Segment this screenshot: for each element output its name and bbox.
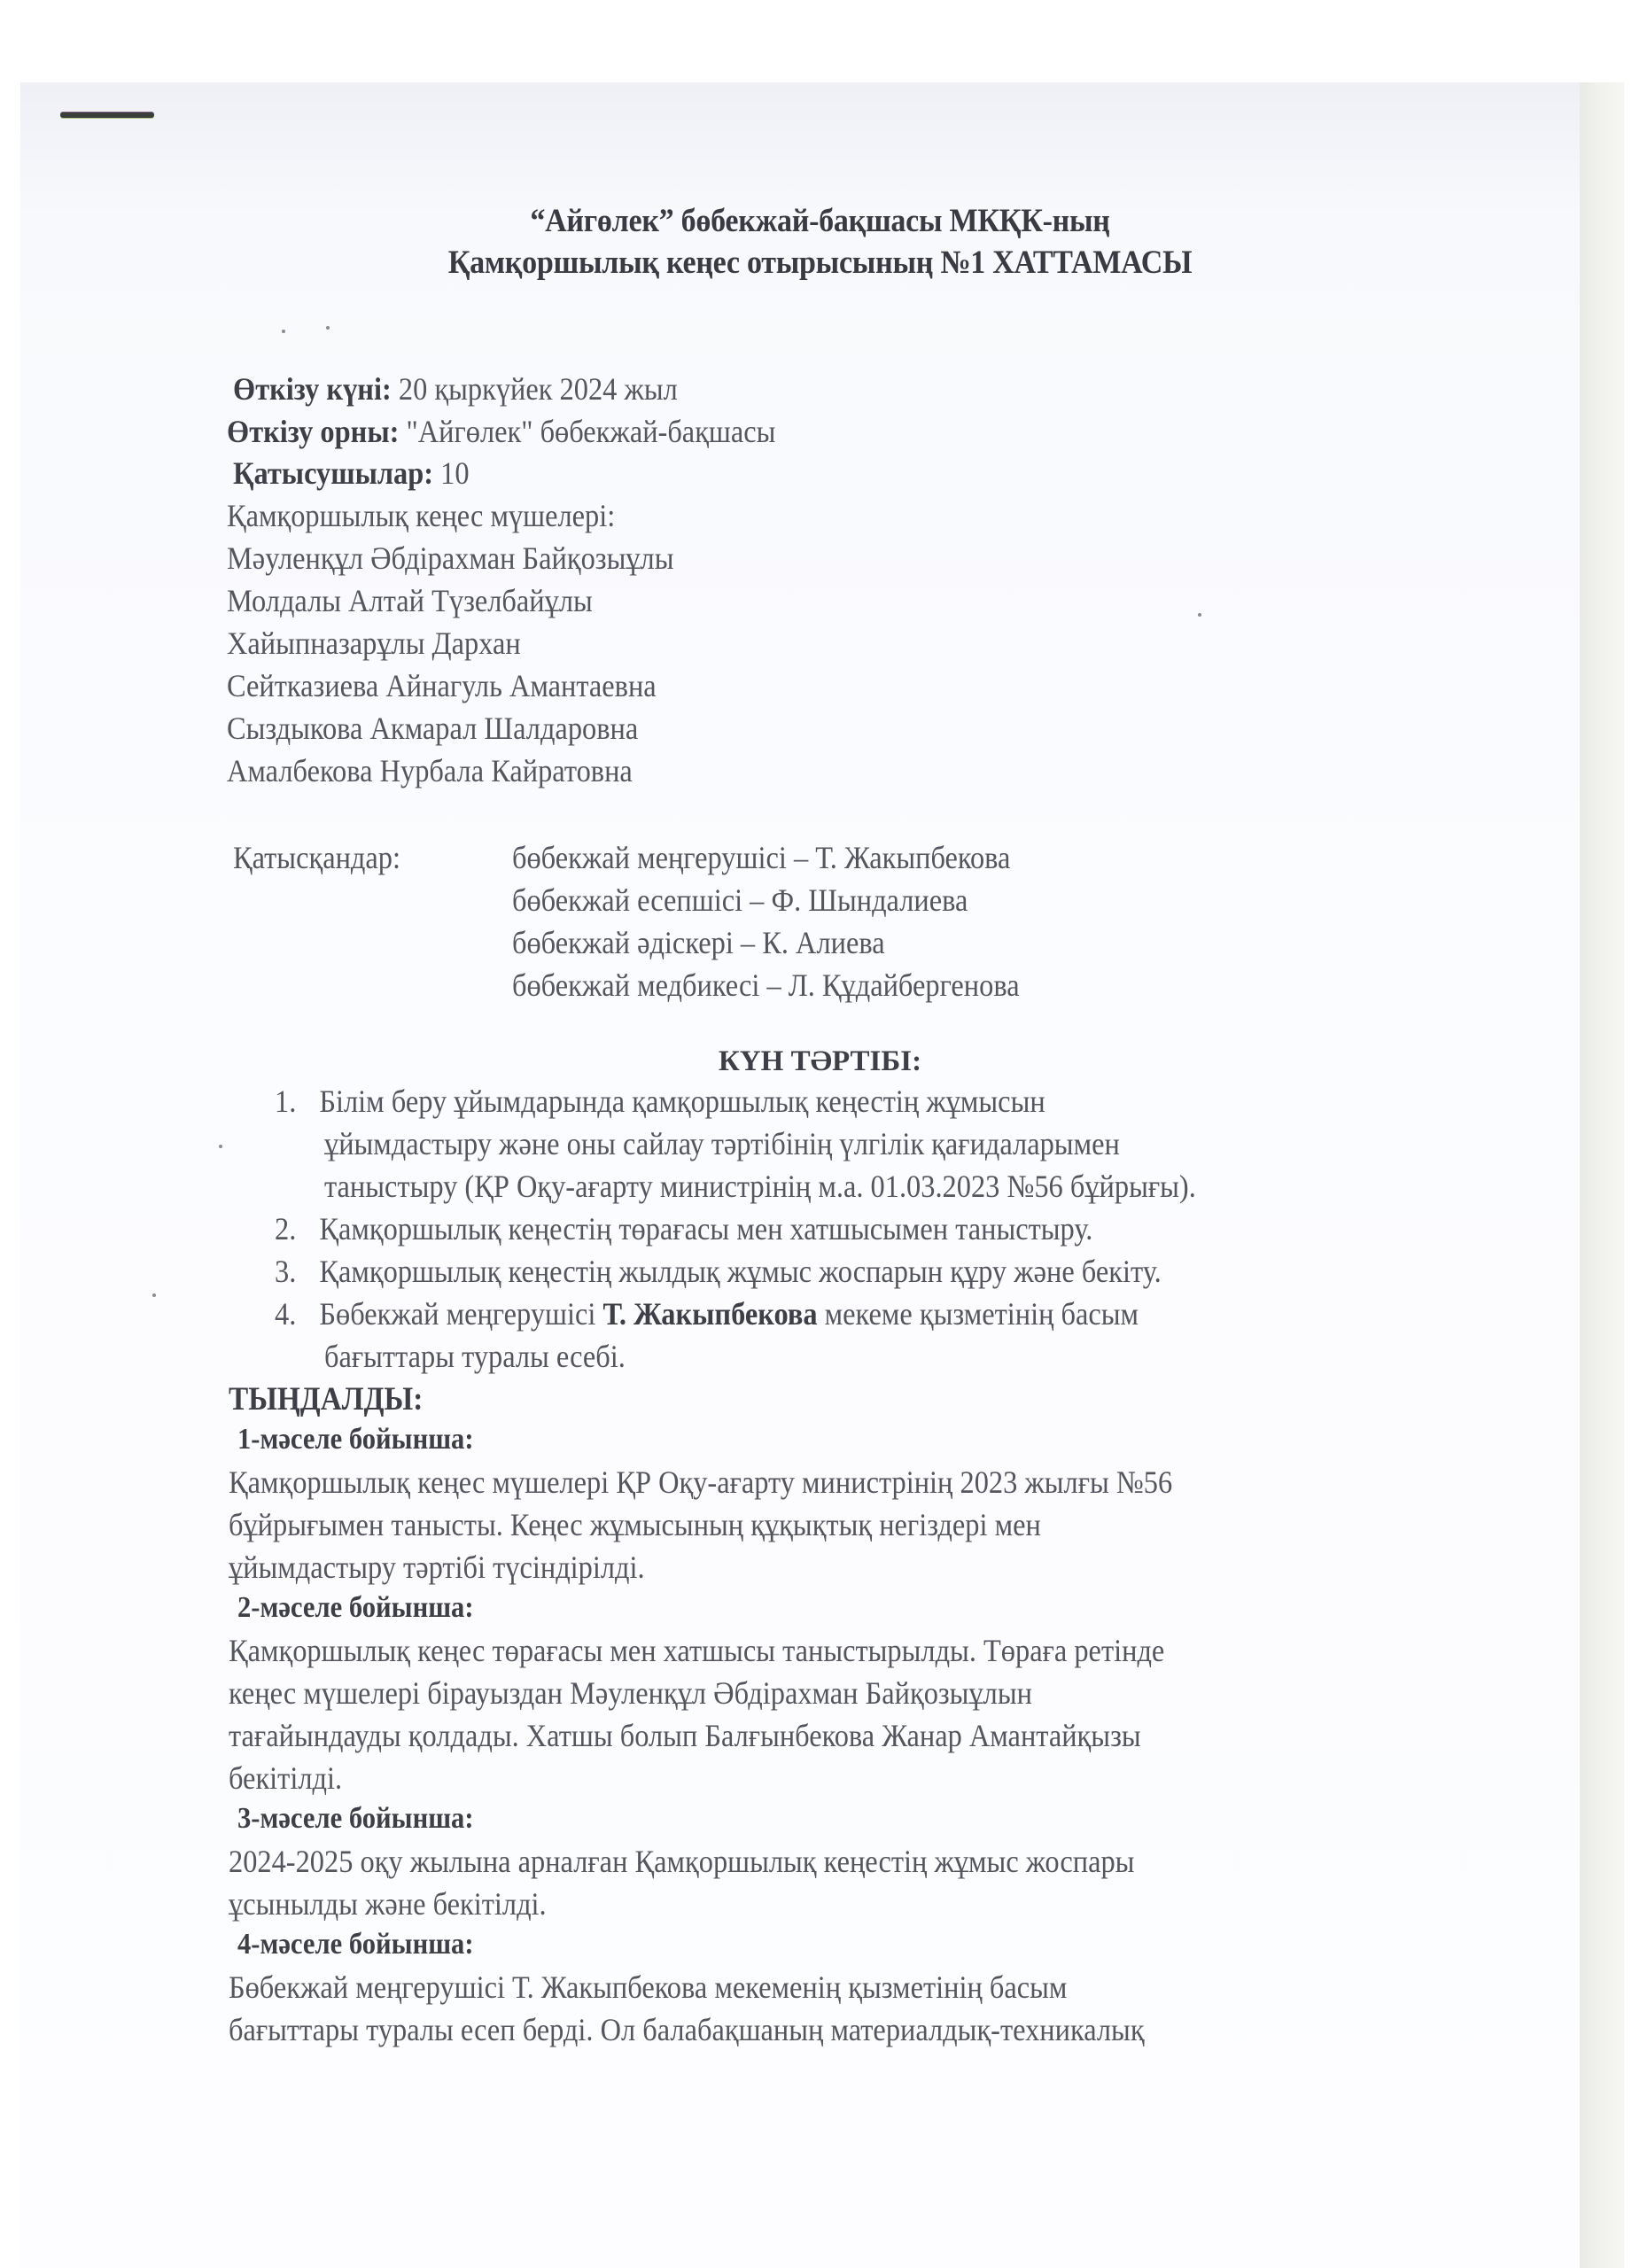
scan-speck (219, 1145, 222, 1148)
attendee-item: бөбекжай меңгерушісі – Т. Жакыпбекова (512, 839, 1010, 876)
document-title-line-2: Қамқоршылық кеңес отырысының №1 ХАТТАМАС… (66, 244, 1574, 282)
issue-4-heading: 4-мәселе бойынша: (237, 1928, 474, 1961)
meeting-date: Өткізу күні: 20 қыркүйек 2024 жыл (233, 370, 678, 408)
agenda-item-3: 3.Қамқоршылық кеңестің жылдық жұмыс жосп… (275, 1253, 1162, 1290)
scan-speck (326, 326, 330, 330)
issue-1-text: Қамқоршылық кеңес мүшелері ҚР Оқу-ағарту… (229, 1464, 1172, 1501)
place-label: Өткізу орны: (227, 414, 399, 449)
participants-label: Қатысушылар: (233, 455, 433, 491)
members-heading: Қамқоршылық кеңес мүшелері: (227, 497, 615, 534)
issue-2-text: бекітілді. (229, 1759, 342, 1797)
attendee-item: бөбекжай әдіскері – К. Алиева (512, 924, 885, 961)
director-name-bold: Т. Жакыпбекова (602, 1296, 817, 1332)
agenda-item-1-cont: ұйымдастыру және оны сайлау тәртібінің ү… (324, 1125, 1120, 1162)
member-name: Амалбекова Нурбала Кайратовна (227, 752, 633, 789)
agenda-title: КҮН ТӘРТІБІ: (0, 1045, 1640, 1078)
member-name: Мәуленқұл Әбдірахман Байқозыұлы (227, 540, 673, 577)
agenda-item-2: 2.Қамқоршылық кеңестің төрағасы мен хатш… (275, 1210, 1092, 1247)
agenda-number: 1. (275, 1083, 319, 1120)
issue-2-text: кеңес мүшелері бірауыздан Мәуленқұл Әбді… (229, 1674, 1032, 1712)
agenda-number: 3. (275, 1253, 319, 1290)
participants-count: Қатысушылар: 10 (233, 454, 470, 492)
date-value: 20 қыркүйек 2024 жыл (392, 371, 678, 407)
issue-1-text: ұйымдастыру тәртібі түсіндірілді. (229, 1549, 645, 1586)
issue-3-text: 2024-2025 оқу жылына арналған Қамқоршылы… (229, 1843, 1134, 1880)
place-value: "Айгөлек" бөбекжай-бақшасы (399, 414, 775, 449)
issue-3-text: ұсынылды және бекітілді. (229, 1885, 547, 1922)
issue-4-text: бағыттары туралы есеп берді. Ол балабақш… (229, 2011, 1145, 2048)
date-label: Өткізу күні: (233, 371, 392, 407)
agenda-item-4: 4.Бөбекжай меңгерушісі Т. Жакыпбекова ме… (275, 1295, 1139, 1332)
scan-speck (1198, 613, 1201, 617)
scan-speck (282, 330, 285, 333)
issue-2-heading: 2-мәселе бойынша: (237, 1591, 474, 1625)
agenda-item-1: 1.Білім беру ұйымдарында қамқоршылық кең… (275, 1083, 1045, 1120)
agenda-number: 2. (275, 1210, 319, 1247)
issue-2-text: тағайындауды қолдады. Хатшы болып Балғын… (229, 1717, 1141, 1754)
member-name: Молдалы Алтай Түзелбайұлы (227, 582, 593, 619)
attendee-item: бөбекжай есепшісі – Ф. Шындалиева (512, 882, 968, 919)
member-name: Хайыпназарұлы Дархан (227, 625, 521, 662)
pen-mark (60, 113, 154, 118)
document-title-line-1: “Айгөлек” бөбекжай-бақшасы МКҚК-ның (66, 202, 1574, 240)
participants-value: 10 (433, 455, 470, 491)
issue-1-heading: 1-мәселе бойынша: (237, 1423, 474, 1456)
agenda-item-1-cont: таныстыру (ҚР Оқу-ағарту министрінің м.а… (324, 1168, 1196, 1205)
attendees-label: Қатысқандар: (233, 839, 400, 876)
member-name: Сейтказиева Айнагуль Амантаевна (227, 667, 657, 704)
issue-3-heading: 3-мәселе бойынша: (237, 1802, 474, 1836)
scan-edge (1580, 82, 1624, 2268)
issue-1-text: бұйрығымен танысты. Кеңес жұмысының құқы… (229, 1506, 1041, 1543)
attendee-item: бөбекжай медбикесі – Л. Құдайбергенова (512, 967, 1020, 1004)
agenda-number: 4. (275, 1295, 319, 1332)
scan-speck (152, 1293, 156, 1297)
issue-2-text: Қамқоршылық кеңес төрағасы мен хатшысы т… (229, 1632, 1164, 1669)
issue-4-text: Бөбекжай меңгерушісі Т. Жакыпбекова меке… (229, 1969, 1067, 2006)
meeting-place: Өткізу орны: "Айгөлек" бөбекжай-бақшасы (227, 413, 775, 450)
member-name: Сыздыкова Акмарал Шалдаровна (227, 710, 638, 747)
agenda-item-4-cont: бағыттары туралы есебі. (324, 1338, 626, 1375)
heard-title: ТЫҢДАЛДЫ: (229, 1380, 423, 1418)
